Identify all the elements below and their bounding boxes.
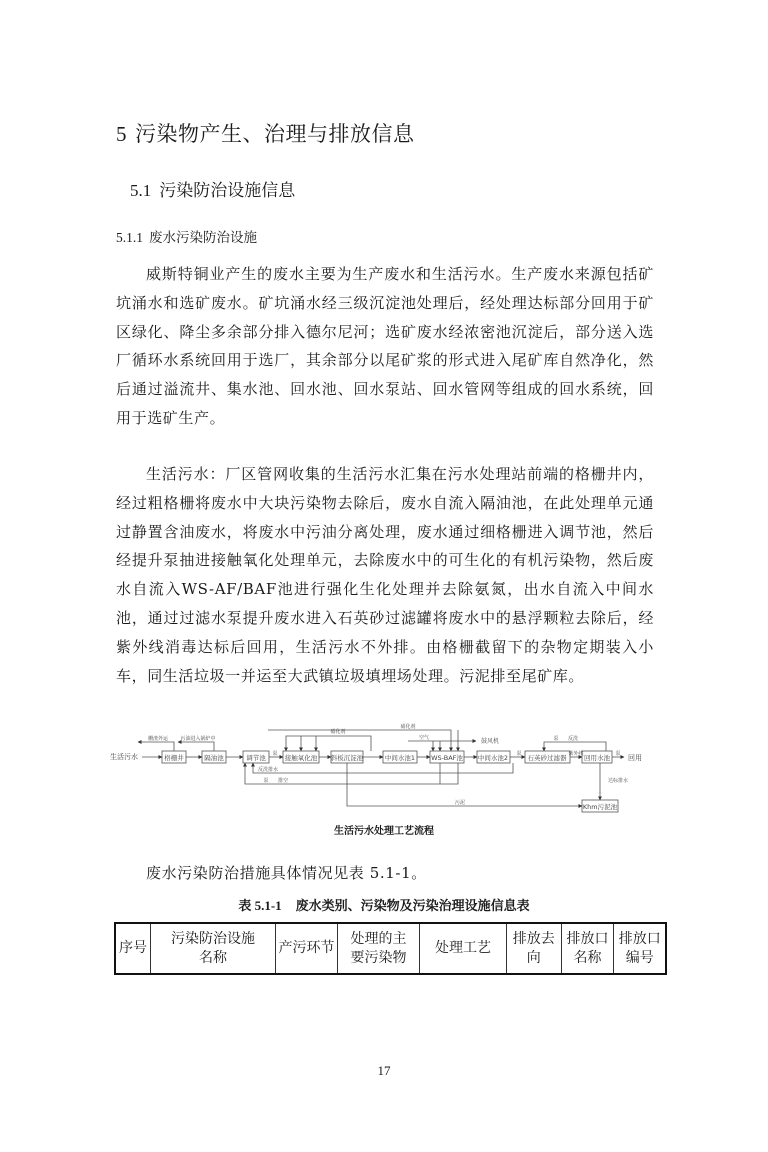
output-label: 回用 <box>628 753 642 762</box>
svg-text:硝化剂: 硝化剂 <box>330 728 345 735</box>
wastewater-info-table: 序号 污染防治设施名称 产污环节 处理的主要污染物 处理工艺 排放去向 排放口名… <box>114 922 667 975</box>
header-index: 序号 <box>115 923 151 974</box>
page-number: 17 <box>0 1063 768 1079</box>
section-heading-5: 5污染物产生、治理与排放信息 <box>116 118 415 148</box>
svg-text:空气: 空气 <box>419 734 429 741</box>
header-outlet-name: 排放口名称 <box>561 923 614 974</box>
node-oil-separator: 隔油池 <box>204 753 224 762</box>
header-main-pollutants: 处理的主要污染物 <box>337 923 419 974</box>
table-reference-text: 废水污染防治措施具体情况见表 5.1-1。 <box>146 862 427 883</box>
table-header-row: 序号 污染防治设施名称 产污环节 处理的主要污染物 处理工艺 排放去向 排放口名… <box>115 923 666 974</box>
subsubsection-number: 5.1.1 <box>116 230 143 245</box>
svg-text:硝化剂: 硝化剂 <box>400 723 415 730</box>
subsubsection-title: 废水污染防治设施 <box>149 230 257 246</box>
subsection-heading-5-1: 5.1污染防治设施信息 <box>130 176 295 201</box>
paragraph-production-wastewater: 威斯特铜业产生的废水主要为生产废水和生活污水。生产废水来源包括矿坑涌水和选矿废水… <box>116 260 654 433</box>
header-outlet-number: 排放口编号 <box>614 923 666 974</box>
svg-text:泵: 泵 <box>516 750 521 757</box>
node-sludge-pond: Khm污泥池 <box>583 802 618 811</box>
process-flow-diagram: 生活污水 格栅井 隔油池 调节池 接触氧化池 斜板沉淀池 中间水池1 WS-BA… <box>108 722 664 820</box>
table-title: 废水类别、污染物及污染治理设施信息表 <box>296 899 530 914</box>
svg-text:泵: 泵 <box>263 777 268 784</box>
svg-text:栅渣外运: 栅渣外运 <box>148 735 169 742</box>
svg-text:反洗排水: 反洗排水 <box>258 766 278 773</box>
svg-text:泵: 泵 <box>615 750 620 757</box>
diagram-caption: 生活污水处理工艺流程 <box>0 822 768 837</box>
svg-text:鼓风机: 鼓风机 <box>481 737 499 745</box>
node-intermediate-tank-1: 中间水池1 <box>385 753 415 762</box>
table-number: 表 5.1-1 <box>238 898 281 913</box>
header-facility-name: 污染防治设施名称 <box>151 923 276 974</box>
subsubsection-heading-5-1-1: 5.1.1废水污染防治设施 <box>116 226 257 246</box>
svg-text:泵: 泵 <box>272 750 277 757</box>
header-discharge-destination: 排放去向 <box>506 923 561 974</box>
node-reuse-tank: 回用水池 <box>584 753 611 762</box>
node-ws-baf: WS-BAF池 <box>431 753 463 762</box>
table-caption: 表 5.1-1废水类别、污染物及污染治理设施信息表 <box>0 895 768 914</box>
node-grid-well: 格栅井 <box>164 753 184 762</box>
svg-text:排空: 排空 <box>278 777 288 784</box>
node-contact-oxidation: 接触氧化池 <box>285 753 318 762</box>
node-intermediate-tank-2: 中间水池2 <box>478 753 508 762</box>
svg-text:紫外线: 紫外线 <box>568 750 583 757</box>
svg-text:污泥: 污泥 <box>455 799 465 806</box>
node-inclined-settler: 斜板沉淀池 <box>331 753 364 762</box>
svg-text:达标排水: 达标排水 <box>608 777 628 784</box>
header-source-stage: 产污环节 <box>276 923 338 974</box>
subsection-title: 污染防治设施信息 <box>159 181 295 201</box>
section-number: 5 <box>116 122 127 146</box>
svg-text:污油进入锅炉中: 污油进入锅炉中 <box>180 735 215 742</box>
svg-text:泵: 泵 <box>553 735 558 742</box>
subsection-number: 5.1 <box>130 181 151 200</box>
section-title: 污染物产生、治理与排放信息 <box>135 122 415 146</box>
paragraph-domestic-sewage: 生活污水：厂区管网收集的生活污水汇集在污水处理站前端的格栅井内，经过粗格栅将废水… <box>116 460 654 690</box>
node-quartz-filter: 石英砂过滤器 <box>528 753 568 762</box>
header-treatment-process: 处理工艺 <box>420 923 507 974</box>
node-equalization-tank: 调节池 <box>246 753 266 762</box>
svg-text:反洗: 反洗 <box>568 735 578 742</box>
input-label: 生活污水 <box>110 752 138 761</box>
